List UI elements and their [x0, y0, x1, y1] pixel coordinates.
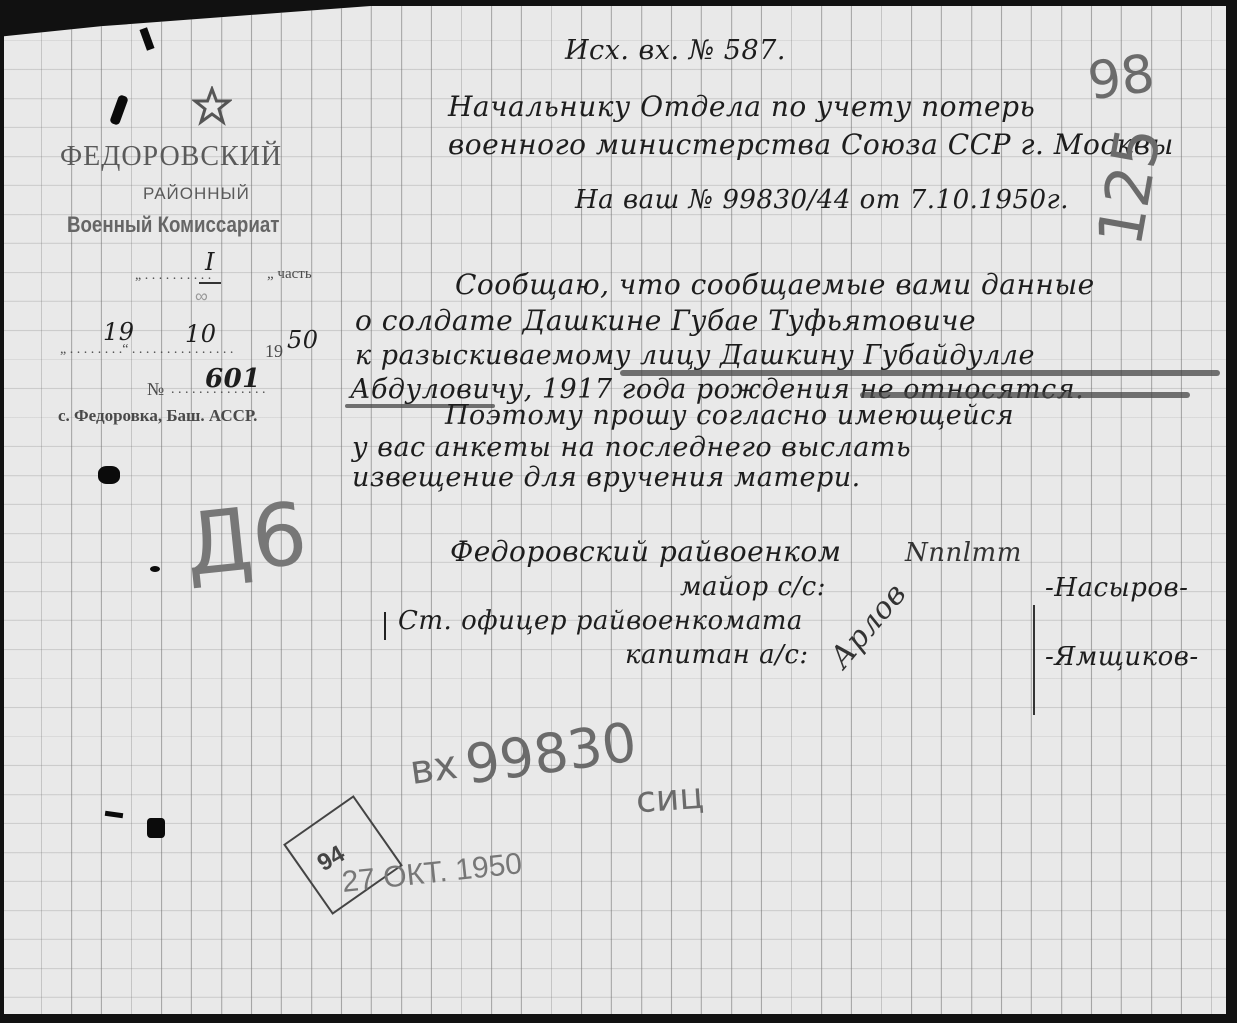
pencil-note-suffix: сиц	[635, 776, 705, 822]
margin-mark	[384, 612, 386, 640]
date-year-prefix: 19	[265, 341, 283, 362]
signature-name-nasyrov: -Насыров-	[1045, 573, 1188, 603]
paper-hole	[150, 566, 160, 572]
addressee-line-2: военного министерства Союза ССР г. Москв…	[448, 128, 1174, 161]
body-line-5: Поэтому прошу согласно имеющейся	[445, 400, 1014, 431]
pencil-mark-d6: Д6	[180, 484, 312, 596]
body-line-7: извещение для вручения матери.	[352, 462, 861, 493]
signature-rank-major: майор с/с:	[680, 572, 826, 602]
stamp-line-district: РАЙОННЫЙ	[143, 184, 250, 204]
pencil-underline	[860, 392, 1190, 398]
part-label: „ часть	[267, 266, 312, 283]
number-label: №	[147, 379, 164, 400]
date-year-suffix: 50	[287, 326, 319, 354]
signature-stroke	[1033, 605, 1035, 715]
commissariat-stamp: ФЕДОРОВСКИЙ РАЙОННЫЙ Военный Комиссариат…	[55, 86, 355, 436]
stamp-location: с. Федоровка, Баш. АССР.	[58, 406, 257, 426]
paper-hole	[98, 466, 120, 484]
addressee-line-1: Начальнику Отдела по учету потерь	[448, 90, 1035, 123]
number-value: 601	[205, 364, 261, 394]
pencil-mark-98: 98	[1084, 44, 1158, 113]
stamp-ornament: ∞	[195, 286, 208, 307]
body-line-6: у вас анкеты на последнего выслать	[352, 432, 911, 463]
reference-line: На ваш № 99830/44 от 7.10.1950г.	[575, 185, 1069, 215]
part-value: I	[205, 248, 215, 276]
body-line-2: о солдате Дашкине Губае Туфьятовиче	[355, 304, 976, 337]
body-line-3: к разыскиваемому лицу Дашкину Губайдулле	[355, 340, 1035, 371]
stamp-line-commissariat: Военный Комиссариат	[67, 212, 279, 238]
signature-line-3: Ст. офицер райвоенкомата	[398, 606, 803, 636]
outgoing-reference: Исх. вх. № 587.	[565, 35, 786, 66]
pencil-note-prefix: вх	[407, 742, 460, 794]
stamp-line-federovsky: ФЕДОРОВСКИЙ	[60, 141, 282, 173]
body-line-1: Сообщаю, что сообщаемые вами данные	[455, 268, 1095, 301]
signature-line-1: Федоровский райвоенком	[450, 535, 841, 568]
date-dots: „ . . . . . . . .“ . . . . . . . . . . .…	[60, 342, 233, 358]
signature-rank-captain: капитан а/с:	[625, 640, 809, 670]
signature-scribble-1: Nnnlmm	[905, 538, 1022, 568]
part-underline	[199, 282, 221, 284]
signature-name-yamshchikov: -Ямщиков-	[1045, 642, 1199, 672]
paper-hole	[147, 818, 165, 838]
star-icon	[192, 86, 232, 126]
